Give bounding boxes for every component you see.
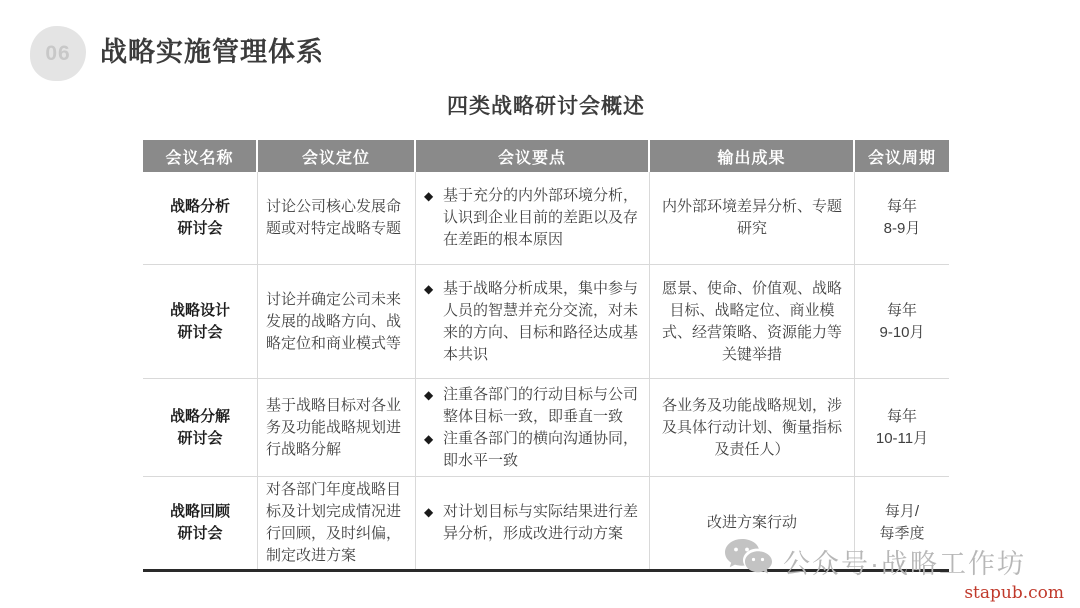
meeting-name-line: 战略回顾 — [143, 501, 257, 523]
outputs-cell: 各业务及功能战略规划，涉及具体行动计划、衡量指标及责任人） — [650, 379, 855, 476]
cycle-line: 每年 — [855, 406, 949, 428]
meeting-name-line: 研讨会 — [143, 218, 257, 240]
cycle-line: 9-10月 — [855, 322, 949, 344]
outputs-text: 改进方案行动 — [658, 512, 846, 534]
wechat-icon — [724, 538, 774, 585]
meeting-name-line: 研讨会 — [143, 428, 257, 450]
watermark-label: 公众号·战略工作坊 — [783, 542, 1026, 581]
column-header-cycle: 会议周期 — [855, 140, 949, 172]
table-header-row: 会议名称 会议定位 会议要点 输出成果 会议周期 — [143, 140, 949, 172]
site-watermark: stapub.com — [964, 583, 1064, 603]
cycle-line: 每月/ — [855, 501, 949, 523]
outputs-cell: 内外部环境差异分析、专题研究 — [650, 172, 855, 264]
meeting-name-line: 战略分解 — [143, 406, 257, 428]
column-header-key-points: 会议要点 — [416, 140, 650, 172]
positioning-text: 讨论公司核心发展命题或对特定战略专题 — [266, 196, 407, 240]
table-caption: 四类战略研讨会概述 — [143, 90, 949, 120]
meeting-name-cell: 战略分析 研讨会 — [143, 172, 258, 264]
diamond-bullet-icon: ◆ — [424, 185, 443, 207]
positioning-cell: 基于战略目标对各业务及功能战略规划进行战略分解 — [258, 379, 416, 476]
diamond-bullet-icon: ◆ — [424, 501, 443, 523]
cycle-cell: 每年 9-10月 — [855, 265, 949, 378]
table-row: 战略分解 研讨会 基于战略目标对各业务及功能战略规划进行战略分解 ◆ 注重各部门… — [143, 379, 949, 477]
table-row: 战略设计 研讨会 讨论并确定公司未来发展的战略方向、战略定位和商业模式等 ◆ 基… — [143, 265, 949, 379]
diamond-bullet-icon: ◆ — [424, 278, 443, 300]
key-point-text: 基于战略分析成果，集中参与人员的智慧并充分交流，对未来的方向、目标和路径达成基本… — [443, 278, 644, 366]
meeting-name-line: 战略分析 — [143, 196, 257, 218]
meeting-name-cell: 战略设计 研讨会 — [143, 265, 258, 378]
diamond-bullet-icon: ◆ — [424, 428, 443, 450]
outputs-text: 内外部环境差异分析、专题研究 — [658, 196, 846, 240]
key-point-text: 注重各部门的行动目标与公司整体目标一致，即垂直一致 — [443, 384, 644, 428]
page-title: 战略实施管理体系 — [100, 30, 324, 69]
table-row: 战略分析 研讨会 讨论公司核心发展命题或对特定战略专题 ◆ 基于充分的内外部环境… — [143, 172, 949, 265]
key-point: ◆ 基于充分的内外部环境分析，认识到企业目前的差距以及存在差距的根本原因 — [424, 185, 644, 251]
column-header-meeting-name: 会议名称 — [143, 140, 258, 172]
cycle-line: 10-11月 — [855, 428, 949, 450]
positioning-text: 讨论并确定公司未来发展的战略方向、战略定位和商业模式等 — [266, 289, 407, 355]
positioning-text: 基于战略目标对各业务及功能战略规划进行战略分解 — [266, 395, 407, 461]
key-point-text: 基于充分的内外部环境分析，认识到企业目前的差距以及存在差距的根本原因 — [443, 185, 644, 251]
meeting-name-cell: 战略回顾 研讨会 — [143, 477, 258, 569]
key-point: ◆ 注重各部门的横向沟通协同，即水平一致 — [424, 428, 644, 472]
key-points-cell: ◆ 基于战略分析成果，集中参与人员的智慧并充分交流，对未来的方向、目标和路径达成… — [416, 265, 650, 378]
account-watermark: 公众号·战略工作坊 — [724, 538, 1026, 585]
key-points-cell: ◆ 对计划目标与实际结果进行差异分析，形成改进行动方案 — [416, 477, 650, 569]
cycle-line: 每年 — [855, 196, 949, 218]
key-point: ◆ 对计划目标与实际结果进行差异分析，形成改进行动方案 — [424, 501, 644, 545]
column-header-outputs: 输出成果 — [650, 140, 855, 172]
key-points-cell: ◆ 基于充分的内外部环境分析，认识到企业目前的差距以及存在差距的根本原因 — [416, 172, 650, 264]
outputs-cell: 愿景、使命、价值观、战略目标、战略定位、商业模式、经营策略、资源能力等关键举措 — [650, 265, 855, 378]
cycle-line: 每年 — [855, 300, 949, 322]
positioning-cell: 讨论公司核心发展命题或对特定战略专题 — [258, 172, 416, 264]
key-point: ◆ 注重各部门的行动目标与公司整体目标一致，即垂直一致 — [424, 384, 644, 428]
number-badge: 06 — [30, 26, 86, 81]
cycle-line: 8-9月 — [855, 218, 949, 240]
outputs-text: 愿景、使命、价值观、战略目标、战略定位、商业模式、经营策略、资源能力等关键举措 — [658, 278, 846, 366]
meeting-name-line: 战略设计 — [143, 300, 257, 322]
cycle-cell: 每年 8-9月 — [855, 172, 949, 264]
cycle-cell: 每年 10-11月 — [855, 379, 949, 476]
table-body: 战略分析 研讨会 讨论公司核心发展命题或对特定战略专题 ◆ 基于充分的内外部环境… — [143, 172, 949, 569]
positioning-cell: 对各部门年度战略目标及计划完成情况进行回顾，及时纠偏，制定改进方案 — [258, 477, 416, 569]
key-point-text: 注重各部门的横向沟通协同，即水平一致 — [443, 428, 644, 472]
meeting-name-line: 研讨会 — [143, 322, 257, 344]
positioning-cell: 讨论并确定公司未来发展的战略方向、战略定位和商业模式等 — [258, 265, 416, 378]
column-header-positioning: 会议定位 — [258, 140, 416, 172]
meeting-name-cell: 战略分解 研讨会 — [143, 379, 258, 476]
positioning-text: 对各部门年度战略目标及计划完成情况进行回顾，及时纠偏，制定改进方案 — [266, 479, 407, 567]
key-point-text: 对计划目标与实际结果进行差异分析，形成改进行动方案 — [443, 501, 644, 545]
strategy-seminar-table: 会议名称 会议定位 会议要点 输出成果 会议周期 战略分析 研讨会 讨论公司核心… — [143, 140, 949, 572]
key-point: ◆ 基于战略分析成果，集中参与人员的智慧并充分交流，对未来的方向、目标和路径达成… — [424, 278, 644, 366]
key-points-cell: ◆ 注重各部门的行动目标与公司整体目标一致，即垂直一致 ◆ 注重各部门的横向沟通… — [416, 379, 650, 476]
diamond-bullet-icon: ◆ — [424, 384, 443, 406]
badge-number: 06 — [45, 42, 70, 66]
outputs-text: 各业务及功能战略规划，涉及具体行动计划、衡量指标及责任人） — [658, 395, 846, 461]
meeting-name-line: 研讨会 — [143, 523, 257, 545]
